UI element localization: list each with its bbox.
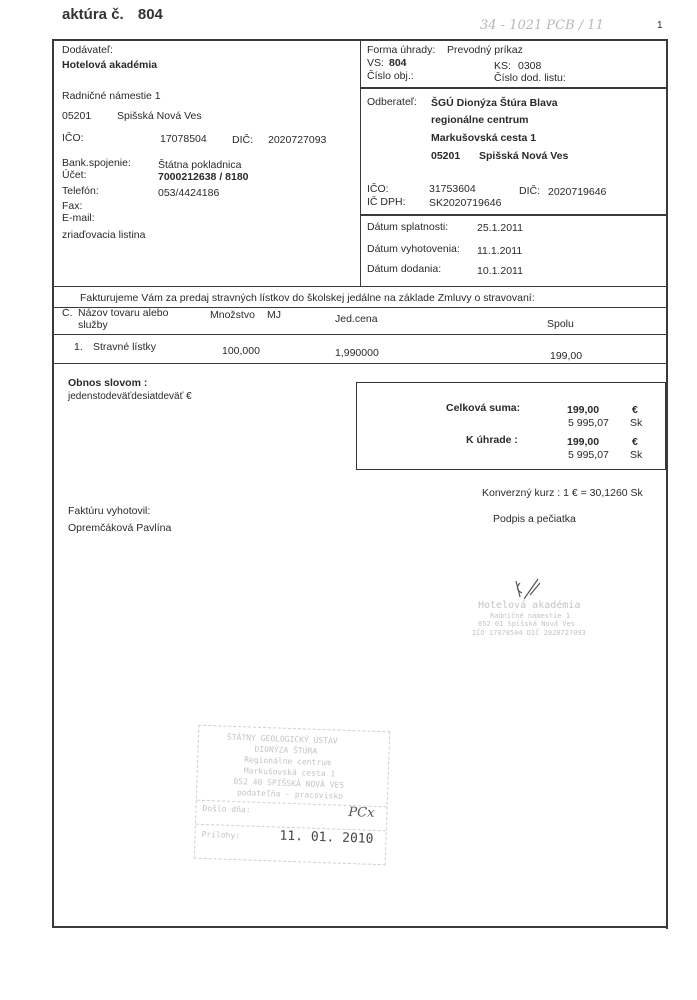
col-num-header: Č. [62, 307, 73, 319]
customer-label: Odberateľ: [367, 96, 417, 108]
customer-city: Spišská Nová Ves [479, 150, 568, 162]
invoice-title-label: aktúra č. [62, 6, 124, 23]
total-sum-sk: 5 995,07 [568, 417, 609, 429]
customer-name2: regionálne centrum [431, 114, 528, 126]
delivery-date-label: Dátum dodania: [367, 263, 441, 275]
delivery-note-label: Číslo dod. listu: [494, 72, 566, 84]
table-header-bottom [52, 334, 668, 335]
supplier-stamp-line3: 052 01 Spišská Nová Ves [478, 620, 575, 628]
customer-box-bottom [360, 214, 667, 216]
supplier-label: Dodávateľ: [62, 44, 113, 56]
conversion-rate: Konverzný kurz : 1 € = 30,1260 Sk [482, 487, 643, 499]
amount-words-label: Obnos slovom : [68, 377, 147, 389]
supplier-ico-label: IČO: [62, 132, 84, 144]
eur-symbol-2: € [632, 436, 638, 448]
amount-due-sk: 5 995,07 [568, 449, 609, 461]
received-stamp-line4: Markušovská cesta 1 [244, 766, 336, 778]
col-unit-price-header: Jed.cena [335, 313, 378, 325]
issuer-label: Faktúru vyhotovil: [68, 505, 150, 517]
sk-symbol: Sk [630, 417, 642, 429]
frame-right [666, 39, 668, 929]
ks-value: 0308 [518, 60, 541, 72]
invoice-number: 804 [138, 6, 163, 23]
supplier-fax-label: Fax: [62, 200, 82, 212]
supplier-stamp-line4: IČO 17078504 DIČ 2020727093 [472, 629, 586, 637]
received-stamp-doslo-label: Došlo dňa: [202, 804, 250, 815]
amount-words-value: jedenstodeväťdesiatdeväť € [68, 391, 192, 402]
intro-text: Fakturujeme Vám za predaj stravných líst… [80, 292, 535, 304]
customer-dic: 2020719646 [548, 186, 606, 198]
issuer-name: Opremčáková Pavlína [68, 522, 171, 534]
customer-name: ŠGÚ Dionýza Štúra Blava [431, 97, 558, 109]
customer-icdph: SK2020719646 [429, 197, 501, 209]
total-sum-label: Celková suma: [446, 402, 520, 414]
supplier-name: Hotelová akadémia [62, 59, 157, 71]
supplier-city: Spišská Nová Ves [117, 110, 202, 122]
received-stamp-attachments-label: Prílohy: [201, 830, 240, 840]
issue-date-label: Dátum vyhotovenia: [367, 243, 460, 255]
row-name: Stravné lístky [93, 341, 156, 353]
page-number: 1 [657, 20, 663, 31]
vs-label: VS: [367, 57, 384, 69]
customer-icdph-label: IČ DPH: [367, 196, 406, 208]
col-qty-header: Množstvo [210, 309, 255, 321]
col-unit-header: MJ [267, 309, 281, 321]
amount-due-label: K úhrade : [466, 434, 518, 446]
ks-label: KS: [494, 60, 511, 72]
col-name-header-2: služby [78, 319, 108, 331]
supplier-account-label: Účet: [62, 169, 87, 181]
vs-value: 804 [389, 57, 407, 69]
payment-box-bottom [360, 87, 667, 89]
row-unit-price: 1,990000 [335, 347, 379, 359]
customer-ico: 31753604 [429, 183, 476, 195]
col-name-header: Názov tovaru alebo [78, 307, 168, 319]
table-bottom [52, 363, 668, 364]
received-stamp-line6: podateľňa - pracovisko [237, 788, 343, 801]
delivery-date: 10.1.2011 [477, 265, 523, 277]
supplier-ico: 17078504 [160, 133, 207, 145]
row-total: 199,00 [550, 350, 582, 362]
supplier-phone-label: Telefón: [62, 185, 99, 197]
customer-dic-label: DIČ: [519, 185, 540, 197]
header-section-bottom [52, 286, 668, 287]
received-stamp-date: 11. 01. 2010 [279, 829, 373, 847]
received-stamp-line1: ŠTÁTNY GEOLOGICKÝ ÚSTAV [227, 733, 338, 746]
customer-ico-label: IČO: [367, 183, 389, 195]
sk-symbol-2: Sk [630, 449, 642, 461]
supplier-stamp-line1: Hotelová akadémia [478, 600, 580, 611]
totals-box [356, 382, 666, 470]
eur-symbol: € [632, 404, 638, 416]
supplier-zip: 05201 [62, 110, 91, 122]
supplier-bank: Štátna pokladnica [158, 159, 241, 171]
column-divider [360, 39, 361, 286]
frame-bottom [52, 926, 668, 928]
received-stamp-line2: DIONÝZA ŠTÚRA [254, 745, 317, 756]
issue-date: 11.1.2011 [477, 245, 522, 257]
invoice-title: aktúra č. 804 [62, 6, 163, 23]
amount-due-eur: 199,00 [567, 436, 599, 448]
supplier-dic-label: DIČ: [232, 134, 253, 146]
received-stamp-line3: Regionálne centrum [244, 755, 331, 767]
supplier-dic: 2020727093 [268, 134, 326, 146]
supplier-stamp-line2: Radničné námestie 1 [490, 612, 570, 620]
payment-method-label: Forma úhrady: [367, 44, 435, 56]
supplier-street: Radničné námestie 1 [62, 90, 161, 102]
total-sum-eur: 199,00 [567, 404, 599, 416]
frame-left [52, 39, 54, 927]
customer-street: Markušovská cesta 1 [431, 132, 536, 144]
supplier-email-label: E-mail: [62, 212, 95, 224]
handwritten-reference: 34 - 1021 PCB / 11 [480, 18, 604, 33]
customer-zip: 05201 [431, 150, 460, 162]
order-number-label: Číslo obj.: [367, 70, 414, 82]
signature-label: Podpis a pečiatka [493, 513, 576, 525]
received-stamp-initials: PCx [348, 805, 375, 821]
received-stamp: ŠTÁTNY GEOLOGICKÝ ÚSTAV DIONÝZA ŠTÚRA Re… [194, 725, 391, 866]
row-num: 1. [74, 341, 83, 353]
payment-method: Prevodný príkaz [447, 44, 523, 56]
due-date: 25.1.2011 [477, 222, 523, 234]
row-qty: 100,000 [222, 345, 260, 357]
supplier-phone: 053/4424186 [158, 187, 219, 199]
due-date-label: Dátum splatnosti: [367, 221, 448, 233]
supplier-registration: zriaďovacia listina [62, 229, 146, 241]
supplier-account: 7000212638 / 8180 [158, 171, 249, 183]
col-total-header: Spolu [547, 318, 574, 330]
supplier-bank-label: Bank.spojenie: [62, 157, 131, 169]
